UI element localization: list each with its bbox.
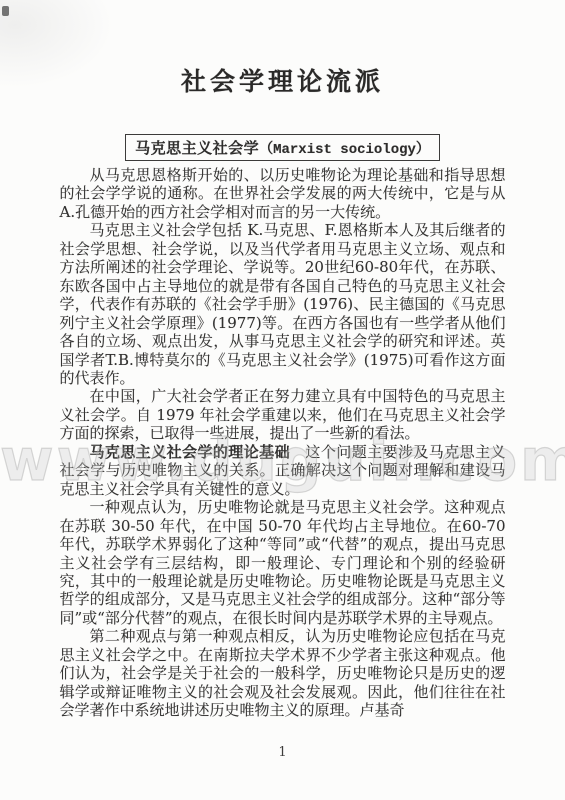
paragraph-china: 在中国，广大社会学者正在努力建立具有中国特色的马克思主义社会学。自 1979 年… <box>60 387 506 442</box>
entry-heading-box: 马克思主义社会学（Marxist sociology） <box>125 134 440 161</box>
paragraph-lead-term: 马克思主义社会学的理论基础 <box>90 443 291 461</box>
paragraph-viewpoint-one: 一种观点认为，历史唯物论就是马克思主义社会学。这种观点在苏联 30-50 年代，… <box>60 498 506 627</box>
entry-heading-container: 马克思主义社会学（Marxist sociology） <box>0 134 565 161</box>
article-body: 从马克思恩格斯开始的、以历史唯物论为理论基础和指导思想的社会学学说的通称。在世界… <box>60 166 506 720</box>
page-number: 1 <box>0 745 565 760</box>
scan-artifact-speck <box>2 6 9 16</box>
entry-heading-english: （Marxist sociology） <box>259 142 430 158</box>
paragraph-theoretical-basis: 马克思主义社会学的理论基础 这个问题主要涉及马克思主义社会学与历史唯物主义的关系… <box>60 443 506 498</box>
paragraph-scope: 马克思主义社会学包括 K.马克思、F.恩格斯本人及其后继者的社会学思想、社会学说… <box>60 221 506 387</box>
document-title: 社会学理论流派 <box>0 0 565 98</box>
paragraph-intro: 从马克思恩格斯开始的、以历史唯物论为理论基础和指导思想的社会学学说的通称。在世界… <box>60 166 506 221</box>
paragraph-viewpoint-two: 第二种观点与第一种观点相反，认为历史唯物论应包括在马克思主义社会学之中。在南斯拉… <box>60 627 506 719</box>
scanned-document-page: 社会学理论流派 马克思主义社会学（Marxist sociology） 从马克思… <box>0 0 565 800</box>
entry-heading-chinese: 马克思主义社会学 <box>135 139 259 157</box>
